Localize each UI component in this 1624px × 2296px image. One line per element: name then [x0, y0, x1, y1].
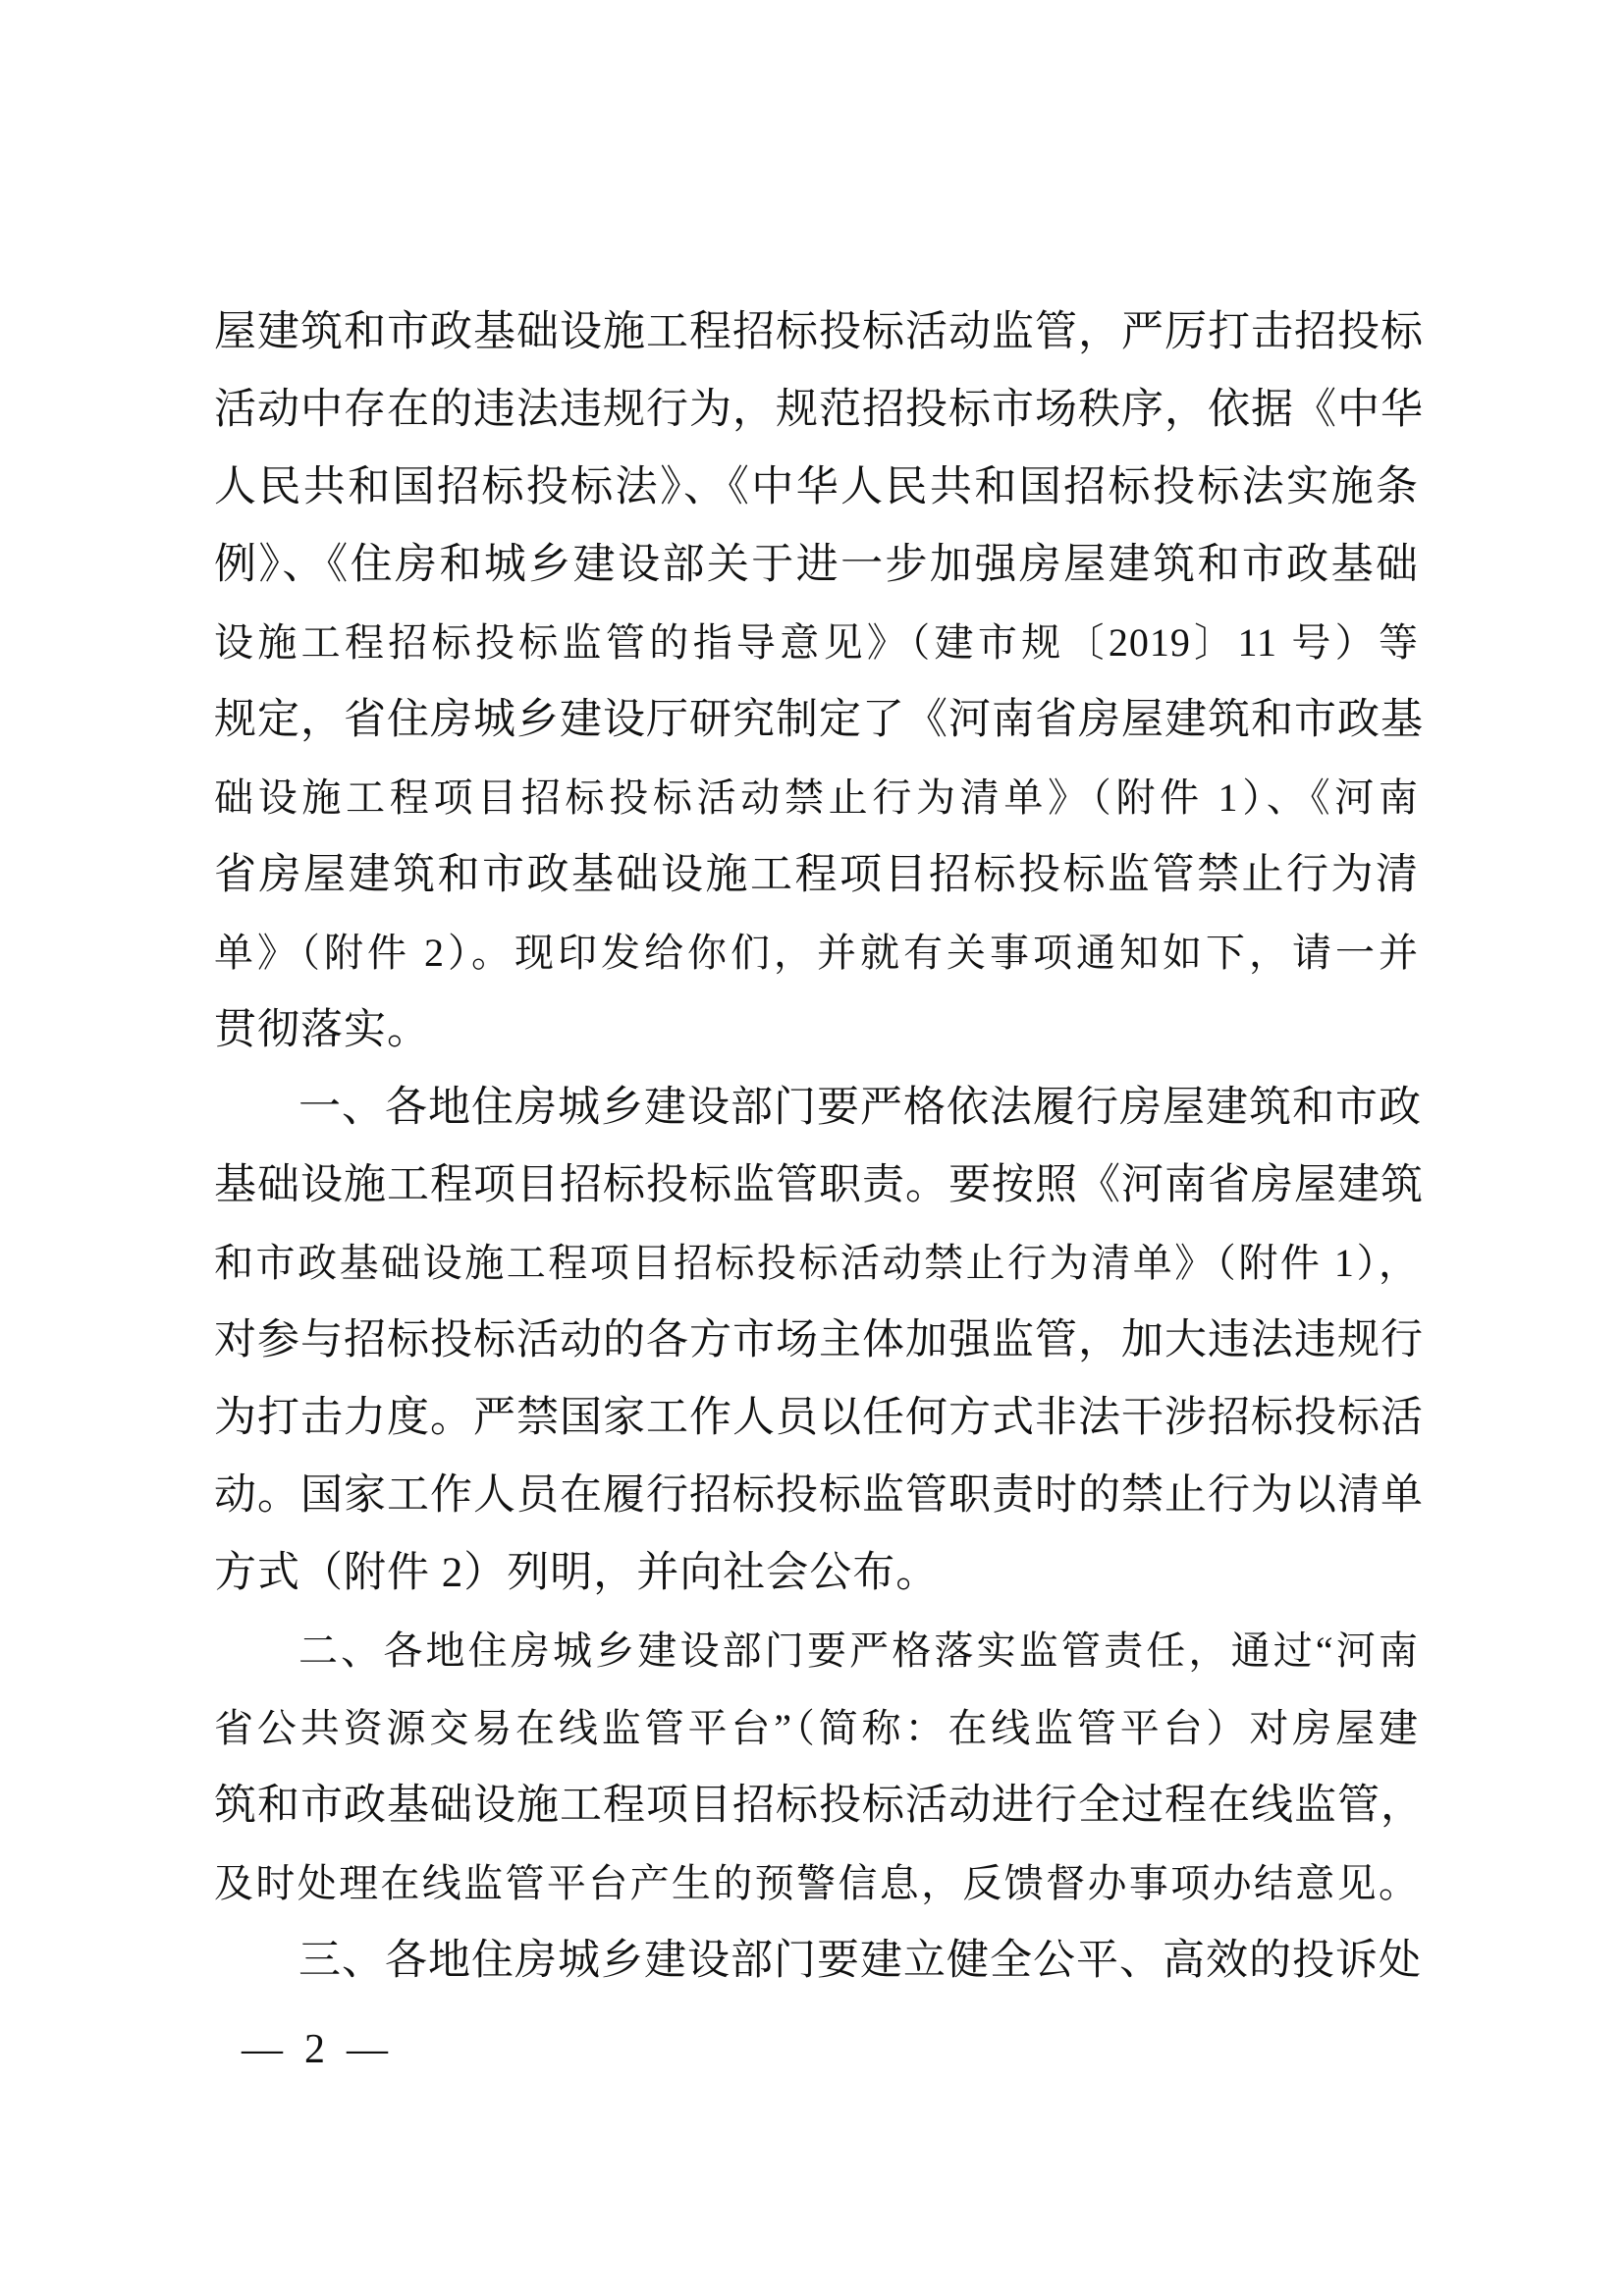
body-line: 人民共和国招标投标法》、《中华人民共和国招标投标法实施条: [214, 449, 1419, 526]
footer-dash-left: —: [242, 2026, 283, 2073]
body-line: 例》、《住房和城乡建设部关于进一步加强房屋建筑和市政基础: [214, 526, 1419, 604]
body-line: 对参与招标投标活动的各方市场主体加强监管，加大违法违规行: [214, 1302, 1419, 1379]
body-line: 屋建筑和市政基础设施工程招标投标活动监管，严厉打击招投标: [214, 294, 1419, 371]
body-line: 一、各地住房城乡建设部门要严格依法履行房屋建筑和市政: [214, 1069, 1419, 1147]
body-line: 筑和市政基础设施工程项目招标投标活动进行全过程在线监管，: [214, 1767, 1419, 1844]
document-page: 屋建筑和市政基础设施工程招标投标活动监管，严厉打击招投标 活动中存在的违法违规行…: [0, 0, 1624, 2296]
body-line: 三、各地住房城乡建设部门要建立健全公平、高效的投诉处: [214, 1922, 1419, 2000]
footer-dash-right: —: [347, 2026, 388, 2073]
body-line: 省公共资源交易在线监管平台”（简称：在线监管平台）对房屋建: [214, 1689, 1419, 1767]
body-line: 单》（附件 2）。现印发给你们，并就有关事项通知如下，请一并: [214, 914, 1419, 991]
page-footer: — 2 —: [242, 2026, 388, 2073]
body-line: 二、各地住房城乡建设部门要严格落实监管责任，通过“河南: [214, 1612, 1419, 1689]
body-line: 方式（附件 2）列明，并向社会公布。: [214, 1534, 1419, 1612]
body-line: 和市政基础设施工程项目招标投标活动禁止行为清单》（附件 1），: [214, 1224, 1419, 1302]
body-line: 省房屋建筑和市政基础设施工程项目招标投标监管禁止行为清: [214, 836, 1419, 914]
body-line: 活动中存在的违法违规行为，规范招投标市场秩序，依据《中华: [214, 371, 1419, 449]
body-line: 设施工程招标投标监管的指导意见》（建市规〔2019〕11 号）等: [214, 604, 1419, 681]
body-line: 为打击力度。严禁国家工作人员以任何方式非法干涉招标投标活: [214, 1379, 1419, 1457]
body-line: 动。国家工作人员在履行招标投标监管职责时的禁止行为以清单: [214, 1457, 1419, 1534]
body-line: 及时处理在线监管平台产生的预警信息，反馈督办事项办结意见。: [214, 1844, 1419, 1922]
page-number: 2: [304, 2026, 325, 2073]
body-line: 贯彻落实。: [214, 991, 1419, 1069]
body-line: 基础设施工程项目招标投标监管职责。要按照《河南省房屋建筑: [214, 1147, 1419, 1224]
body-line: 础设施工程项目招标投标活动禁止行为清单》（附件 1）、《河南: [214, 759, 1419, 836]
document-body: 屋建筑和市政基础设施工程招标投标活动监管，严厉打击招投标 活动中存在的违法违规行…: [214, 294, 1419, 2000]
body-line: 规定，省住房城乡建设厅研究制定了《河南省房屋建筑和市政基: [214, 681, 1419, 759]
